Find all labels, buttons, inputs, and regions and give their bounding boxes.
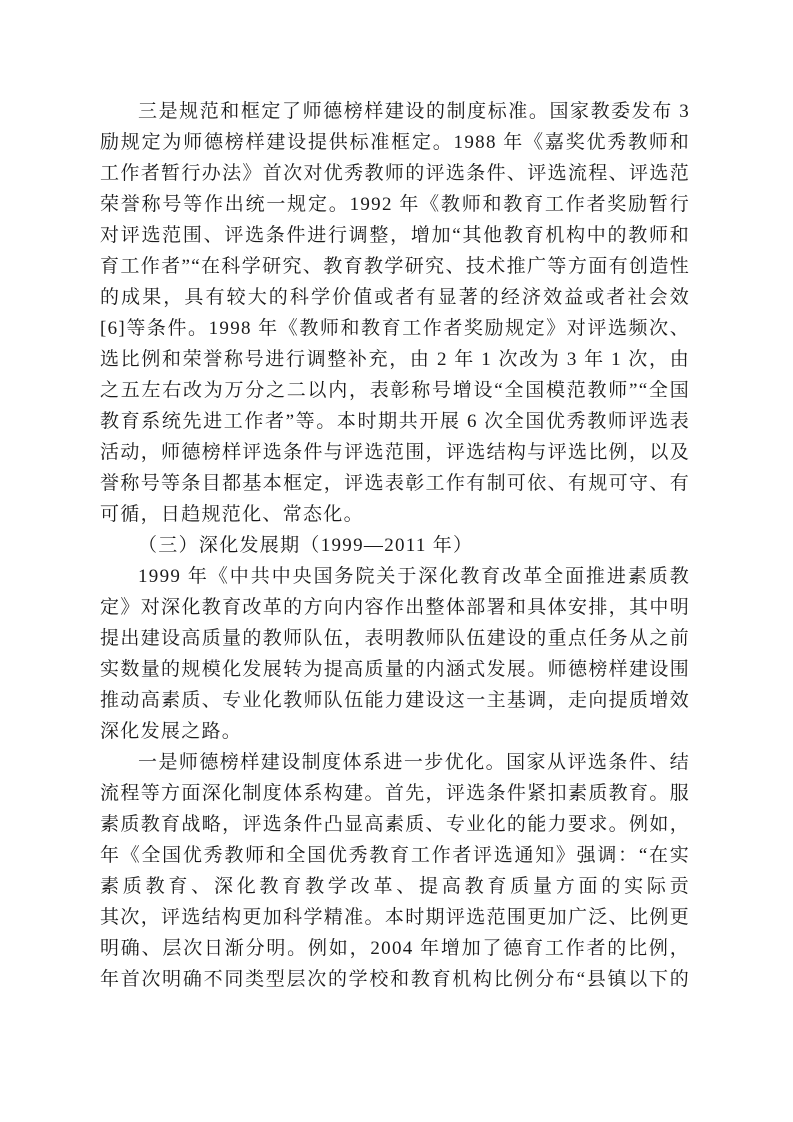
text-line: 的成果，具有较大的科学价值或者有显著的经济效益或者社会效益” bbox=[100, 282, 690, 313]
text-line: 誉称号等条目都基本框定，评选表彰工作有制可依、有规可守、有序 bbox=[100, 468, 690, 499]
text-line: 励规定为师德榜样建设提供标准框定。1988 年《嘉奖优秀教师和教育 bbox=[100, 127, 690, 158]
text-line: 提出建设高质量的教师队伍，表明教师队伍建设的重点任务从之前充 bbox=[100, 623, 690, 654]
text-line: 之五左右改为万分之二以内，表彰称号增设“全国模范教师”“全国 bbox=[100, 375, 690, 406]
text-line: 活动，师德榜样评选条件与评选范围，评选结构与评选比例，以及荣 bbox=[100, 437, 690, 468]
text-line: 选比例和荣誉称号进行调整补充，由 2 年 1 次改为 3 年 1 次，由万分 bbox=[100, 344, 690, 375]
text-line: 荣誉称号等作出统一规定。1992 年《教师和教育工作者奖励暂行规定》 bbox=[100, 189, 690, 220]
text-line: 三是规范和框定了师德榜样建设的制度标准。国家教委发布 3 份奖 bbox=[100, 96, 690, 127]
text-line: 对评选范围、评选条件进行调整，增加“其他教育机构中的教师和教 bbox=[100, 220, 690, 251]
text-line: 推动高素质、专业化教师队伍能力建设这一主基调，走向提质增效的 bbox=[100, 685, 690, 716]
text-line: 年《全国优秀教师和全国优秀教育工作者评选通知》强调：“在实施 bbox=[100, 840, 690, 871]
text-line: （三）深化发展期（1999—2011 年） bbox=[100, 530, 690, 561]
paragraph: 一是师德榜样建设制度体系进一步优化。国家从评选条件、结构、流程等方面深化制度体系… bbox=[100, 747, 690, 995]
paragraph: 1999 年《中共中央国务院关于深化教育改革全面推进素质教育的决定》对深化教育改… bbox=[100, 561, 690, 747]
paragraph: 三是规范和框定了师德榜样建设的制度标准。国家教委发布 3 份奖励规定为师德榜样建… bbox=[100, 96, 690, 530]
text-line: 明确、层次日渐分明。例如，2004 年增加了德育工作者的比例，2007 bbox=[100, 933, 690, 964]
text-line: [6]等条件。1998 年《教师和教育工作者奖励规定》对评选频次、评 bbox=[100, 313, 690, 344]
text-line: 素质教育战略，评选条件凸显高素质、专业化的能力要求。例如，2001 bbox=[100, 809, 690, 840]
text-line: 一是师德榜样建设制度体系进一步优化。国家从评选条件、结构、 bbox=[100, 747, 690, 778]
text-line: 素质教育、深化教育教学改革、提高教育质量方面的实际贡献”[7]282。 bbox=[100, 871, 690, 902]
document-page: 三是规范和框定了师德榜样建设的制度标准。国家教委发布 3 份奖励规定为师德榜样建… bbox=[0, 0, 793, 1122]
document-body: 三是规范和框定了师德榜样建设的制度标准。国家教委发布 3 份奖励规定为师德榜样建… bbox=[100, 96, 690, 995]
text-line: 1999 年《中共中央国务院关于深化教育改革全面推进素质教育的决 bbox=[100, 561, 690, 592]
text-line: 工作者暂行办法》首次对优秀教师的评选条件、评选流程、评选范围、 bbox=[100, 158, 690, 189]
text-line: 定》对深化教育改革的方向内容作出整体部署和具体安排，其中明确 bbox=[100, 592, 690, 623]
text-line: 其次，评选结构更加科学精准。本时期评选范围更加广泛、比例更加 bbox=[100, 902, 690, 933]
text-line: 育工作者”“在科学研究、教育教学研究、技术推广等方面有创造性 bbox=[100, 251, 690, 282]
text-line: 流程等方面深化制度体系构建。首先，评选条件紧扣素质教育。服务 bbox=[100, 778, 690, 809]
text-line: 可循，日趋规范化、常态化。 bbox=[100, 499, 690, 530]
paragraph: （三）深化发展期（1999—2011 年） bbox=[100, 530, 690, 561]
text-line: 年首次明确不同类型层次的学校和教育机构比例分布“县镇以下的农 bbox=[100, 964, 690, 995]
text-line: 实数量的规模化发展转为提高质量的内涵式发展。师德榜样建设围绕 bbox=[100, 654, 690, 685]
text-line: 教育系统先进工作者”等。本时期共开展 6 次全国优秀教师评选表彰 bbox=[100, 406, 690, 437]
text-line: 深化发展之路。 bbox=[100, 716, 690, 747]
